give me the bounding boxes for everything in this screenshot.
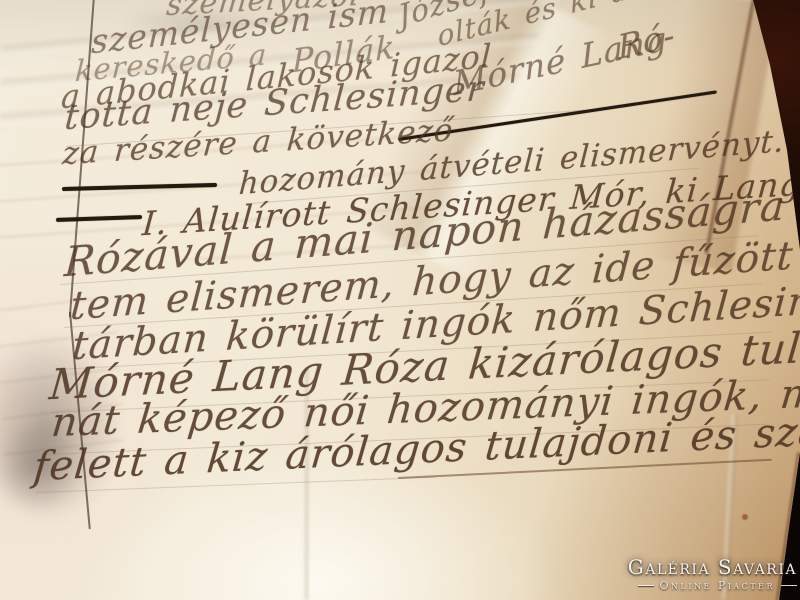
ink-dash-line xyxy=(62,183,217,191)
rust-speck xyxy=(742,514,748,520)
watermark-subtitle: Online Piactér xyxy=(660,579,776,592)
watermark-dash xyxy=(781,585,797,587)
watermark-dash xyxy=(638,585,654,587)
watermark-title: Galéria Savaria xyxy=(628,557,797,578)
document-paper: személyazolJózsef hoszemélyesen ismolták… xyxy=(0,0,800,600)
ink-dash-line xyxy=(56,215,142,221)
photo-of-document: személyazolJózsef hoszemélyesen ismolták… xyxy=(0,0,800,600)
watermark: Galéria Savaria Online Piactér xyxy=(628,557,797,592)
watermark-subtitle-row: Online Piactér xyxy=(628,579,797,592)
